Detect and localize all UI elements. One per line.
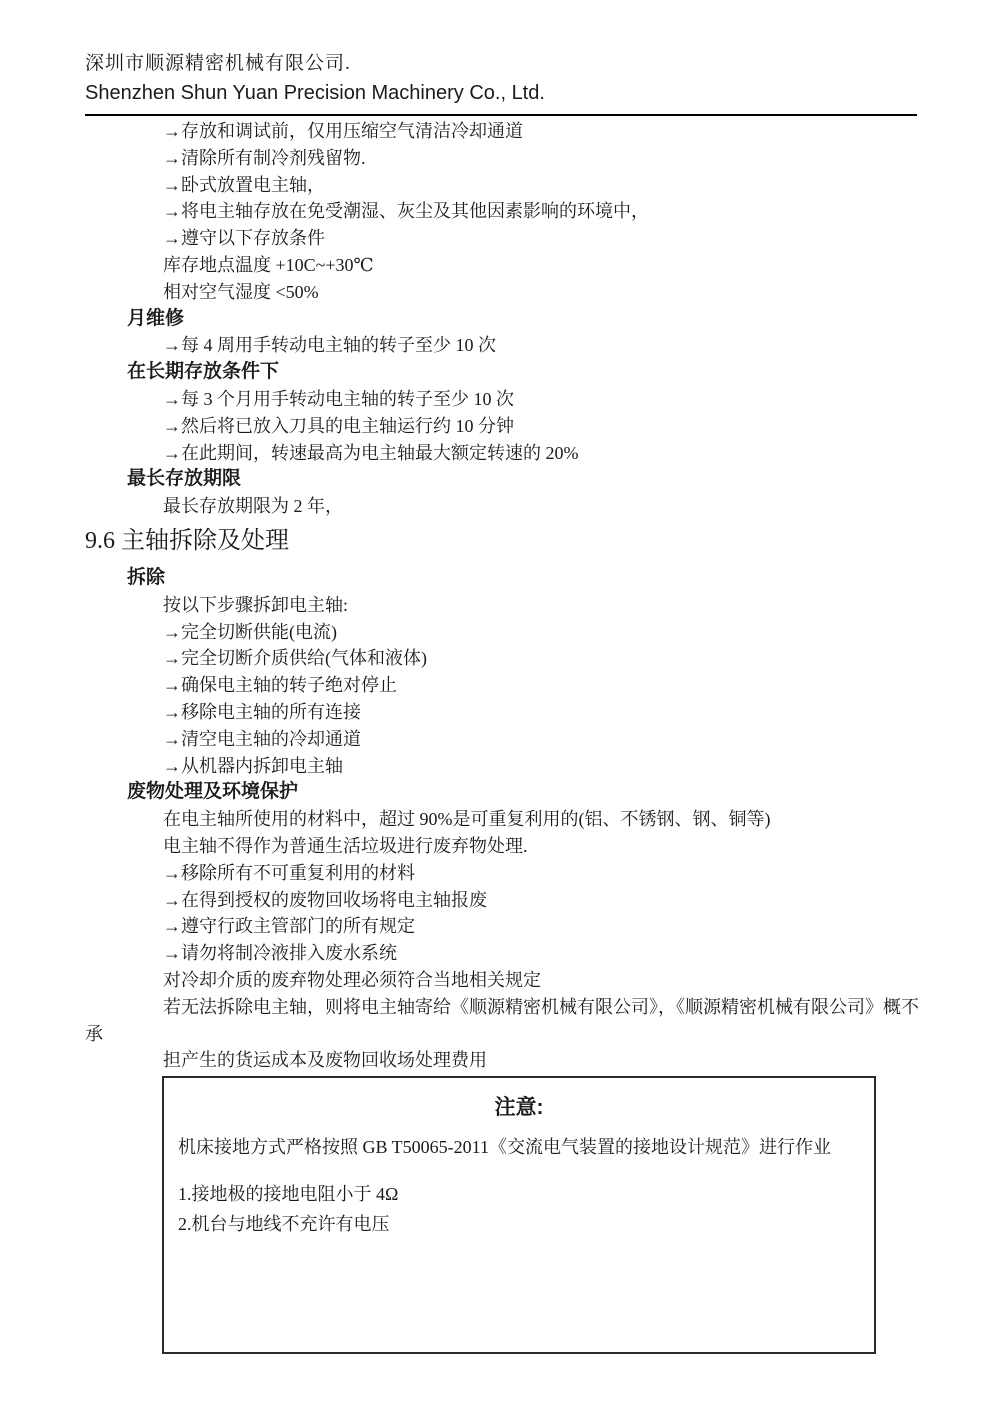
text-line: 对冷却介质的废弃物处理必须符合当地相关规定	[0, 967, 1000, 994]
header-divider	[85, 114, 917, 116]
text-line: 担产生的货运成本及废物回收场处理费用	[0, 1047, 1000, 1074]
notice-body: 机床接地方式严格按照 GB T50065-2011《交流电气装置的接地设计规范》…	[178, 1132, 838, 1163]
text-line: 库存地点温度 +10C~+30℃	[0, 252, 1000, 279]
text-line: →存放和调试前，仅用压缩空气清洁冷却通道	[0, 118, 1000, 145]
text-line: →移除电主轴的所有连接	[0, 699, 1000, 726]
subheading: 拆除	[0, 565, 1000, 592]
text-line: →请勿将制冷液排入废水系统	[0, 940, 1000, 967]
text-line: 按以下步骤拆卸电主轴:	[0, 592, 1000, 619]
subheading: 在长期存放条件下	[0, 359, 1000, 386]
text-line: →在得到授权的废物回收场将电主轴报废	[0, 887, 1000, 914]
company-name-cn: 深圳市顺源精密机械有限公司.	[85, 50, 545, 78]
text-line: 电主轴不得作为普通生活垃圾进行废弃物处理.	[0, 833, 1000, 860]
company-name-en: Shenzhen Shun Yuan Precision Machinery C…	[85, 78, 545, 108]
text-line: →清空电主轴的冷却通道	[0, 726, 1000, 753]
text-line: →完全切断供能(电流)	[0, 619, 1000, 646]
text-line: →移除所有不可重复利用的材料	[0, 860, 1000, 887]
text-line: 相对空气湿度 <50%	[0, 279, 1000, 306]
text-line: →然后将已放入刀具的电主轴运行约 10 分钟	[0, 413, 1000, 440]
text-line: →确保电主轴的转子绝对停止	[0, 672, 1000, 699]
text-line: →完全切断介质供给(气体和液体)	[0, 645, 1000, 672]
document-page: 深圳市顺源精密机械有限公司. Shenzhen Shun Yuan Precis…	[0, 0, 1000, 1414]
notice-items: 1.接地极的接地电阻小于 4Ω 2.机台与地线不充许有电压	[164, 1179, 874, 1239]
text-line: →在此期间，转速最高为电主轴最大额定转速的 20%	[0, 440, 1000, 467]
section-heading: 9.6 主轴拆除及处理	[0, 521, 1000, 561]
subheading: 废物处理及环境保护	[0, 779, 1000, 806]
text-line: 最长存放期限为 2 年，	[0, 493, 1000, 520]
text-line: 承	[0, 1021, 1000, 1048]
text-line: →从机器内拆卸电主轴	[0, 753, 1000, 780]
notice-item: 2.机台与地线不充许有电压	[164, 1209, 874, 1239]
text-line: →清除所有制冷剂残留物.	[0, 145, 1000, 172]
text-line: →每 4 周用手转动电主轴的转子至少 10 次	[0, 332, 1000, 359]
document-header: 深圳市顺源精密机械有限公司. Shenzhen Shun Yuan Precis…	[85, 50, 545, 108]
notice-item: 1.接地极的接地电阻小于 4Ω	[164, 1179, 874, 1209]
text-line: →遵守以下存放条件	[0, 225, 1000, 252]
text-line: 在电主轴所使用的材料中，超过 90%是可重复利用的(铝、不锈钢、钢、铜等)	[0, 806, 1000, 833]
subheading: 最长存放期限	[0, 466, 1000, 493]
text-line: 若无法拆除电主轴，则将电主轴寄给《顺源精密机械有限公司》，《顺源精密机械有限公司…	[0, 994, 1000, 1021]
subheading: 月维修	[0, 306, 1000, 333]
notice-title: 注意:	[164, 1094, 874, 1122]
document-body: →存放和调试前，仅用压缩空气清洁冷却通道 →清除所有制冷剂残留物. →卧式放置电…	[0, 118, 1000, 1074]
notice-box: 注意: 机床接地方式严格按照 GB T50065-2011《交流电气装置的接地设…	[162, 1076, 876, 1354]
text-line: →将电主轴存放在免受潮湿、灰尘及其他因素影响的环境中，	[0, 198, 1000, 225]
text-line: →卧式放置电主轴，	[0, 172, 1000, 199]
text-line: →每 3 个月用手转动电主轴的转子至少 10 次	[0, 386, 1000, 413]
text-line: →遵守行政主管部门的所有规定	[0, 913, 1000, 940]
